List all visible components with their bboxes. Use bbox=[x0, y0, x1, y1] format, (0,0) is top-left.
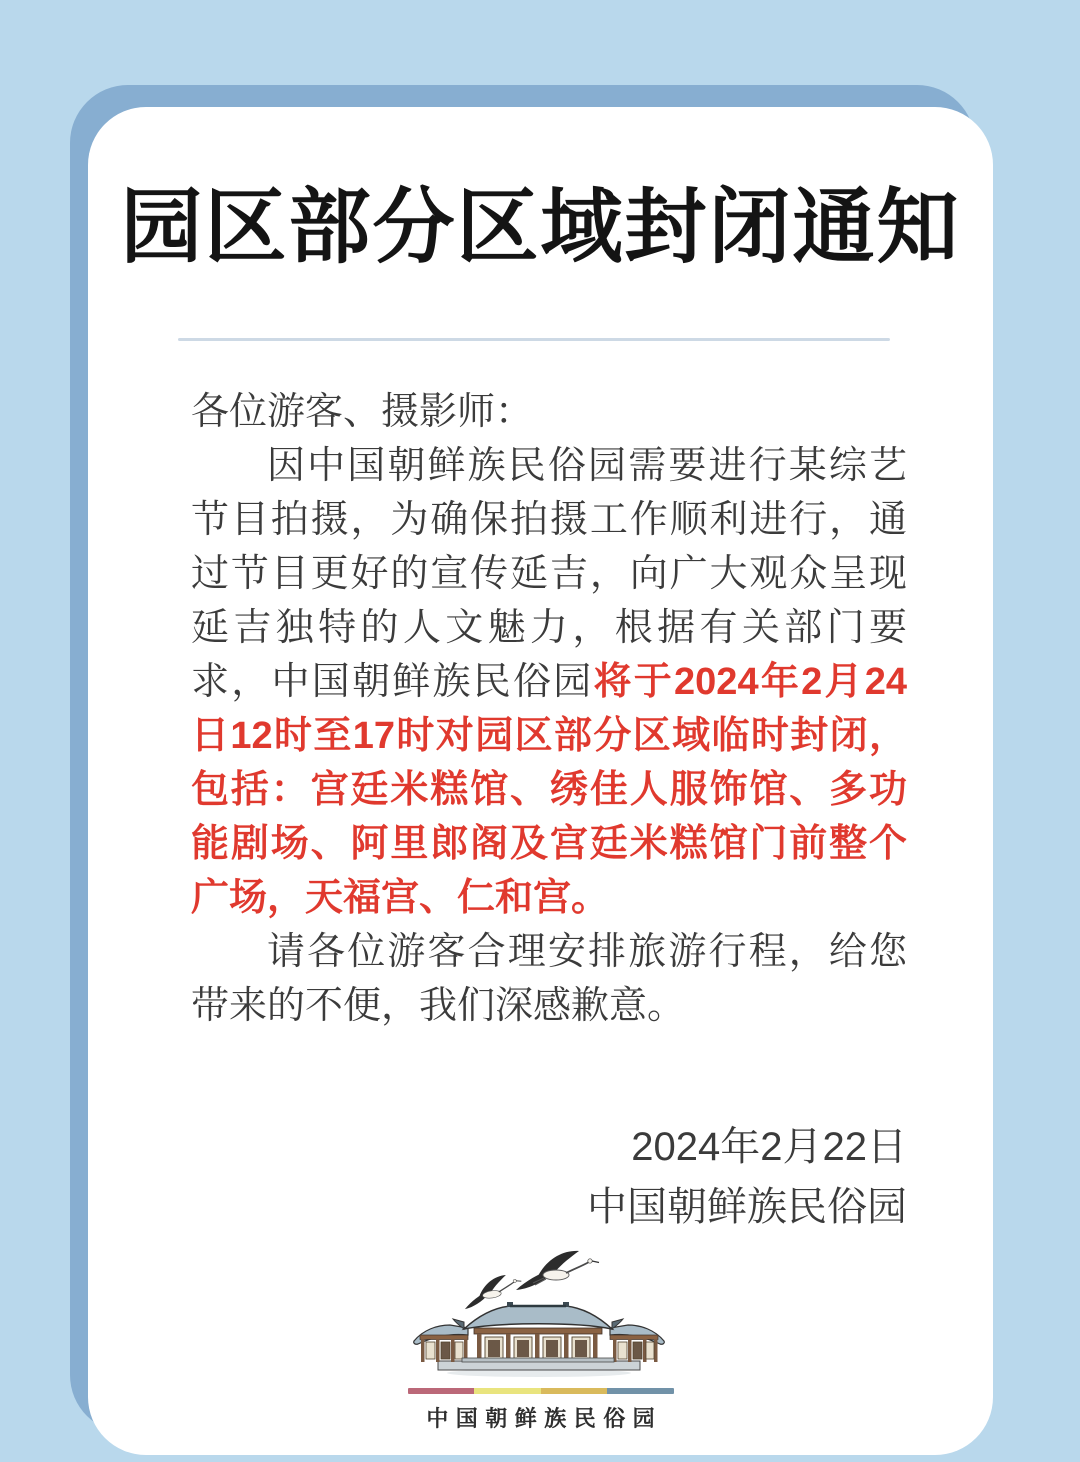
title-divider bbox=[178, 338, 890, 341]
date-line: 2024年2月22日 bbox=[191, 1117, 907, 1177]
notice-body: 各位游客、摄影师： 因中国朝鲜族民俗园需要进行某综艺节目拍摄，为确保拍摄工作顺利… bbox=[191, 385, 907, 1033]
pavilion-icon bbox=[413, 1302, 664, 1377]
logo-color-bar bbox=[408, 1388, 674, 1394]
logo-caption: 中国朝鲜族民俗园 bbox=[419, 1402, 662, 1433]
salutation-line: 各位游客、摄影师： bbox=[191, 385, 907, 439]
signature-line: 中国朝鲜族民俗园 bbox=[191, 1177, 907, 1237]
signature-block: 2024年2月22日 中国朝鲜族民俗园 bbox=[191, 1117, 907, 1237]
crane-icon bbox=[516, 1251, 599, 1290]
logo-bar-segment bbox=[408, 1388, 475, 1394]
logo-bar-segment bbox=[541, 1388, 608, 1394]
notice-title: 园区部分区域封闭通知 bbox=[88, 179, 993, 277]
crane-icon bbox=[460, 1273, 523, 1309]
pavilion-illustration bbox=[406, 1240, 676, 1380]
paragraph-main: 因中国朝鲜族民俗园需要进行某综艺节目拍摄，为确保拍摄工作顺利进行，通过节目更好的… bbox=[191, 439, 907, 925]
paragraph-apology: 请各位游客合理安排旅游行程，给您带来的不便，我们深感歉意。 bbox=[191, 925, 907, 1033]
notice-card: 园区部分区域封闭通知 各位游客、摄影师： 因中国朝鲜族民俗园需要进行某综艺节目拍… bbox=[88, 107, 993, 1455]
logo-bar-segment bbox=[474, 1388, 541, 1394]
logo-bar-segment bbox=[607, 1388, 674, 1394]
logo: 中国朝鲜族民俗园 bbox=[88, 1240, 993, 1433]
page-background: 园区部分区域封闭通知 各位游客、摄影师： 因中国朝鲜族民俗园需要进行某综艺节目拍… bbox=[0, 0, 1080, 1462]
